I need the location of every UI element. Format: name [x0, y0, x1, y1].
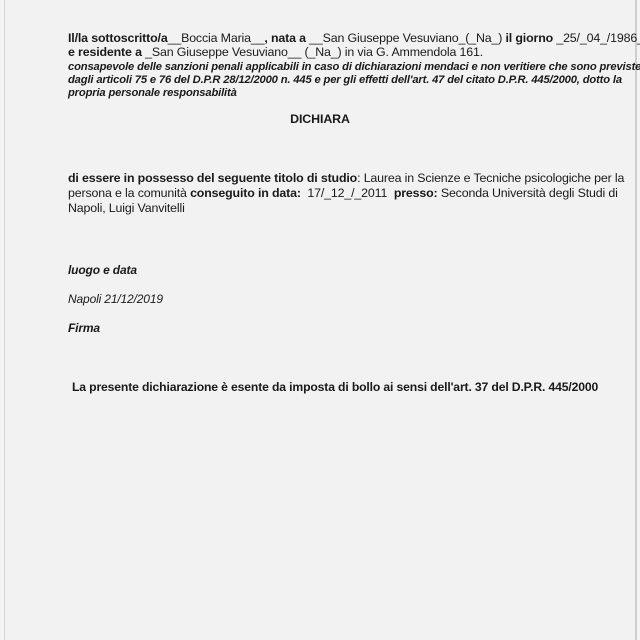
label-subject: Il/la sottoscritto/a	[68, 31, 168, 45]
label-resident: e residente a	[68, 45, 142, 59]
declaration-line-3: Napoli, Luigi Vanvitelli	[68, 200, 185, 216]
declaration-heading: DICHIARA	[0, 112, 640, 126]
institution: Seconda Università degli Studi di	[438, 186, 618, 200]
label-day: il giorno	[502, 31, 553, 45]
title-of-study-cont: persona e la comunità	[68, 186, 190, 200]
birthplace: __San Giuseppe Vesuviano_(_Na_)	[306, 31, 502, 45]
stamp-duty-note: La presente dichiarazione è esente da im…	[72, 379, 598, 395]
declaration-line-2: persona e la comunità conseguito in data…	[68, 185, 618, 201]
birthdate: _25/_04_/1986__	[553, 31, 640, 45]
label-at: presso:	[394, 186, 438, 200]
label-born: , nata a	[264, 31, 306, 45]
place-date-value: Napoli 21/12/2019	[68, 291, 163, 307]
intro-line-3: propria personale responsabilità	[68, 86, 237, 101]
signature-label: Firma	[68, 320, 100, 336]
declarant-name: __Boccia Maria__	[168, 31, 265, 45]
residence: _San Giuseppe Vesuviano__ (_Na_) in via …	[142, 45, 483, 59]
title-of-study: : Laurea in Scienze e Tecniche psicologi…	[357, 171, 624, 185]
label-title-of-study: di essere in possesso del seguente titol…	[68, 171, 357, 185]
label-obtained-date: conseguito in data:	[190, 186, 301, 200]
obtained-date: 17/_12_/_2011	[301, 186, 394, 200]
declaration-line-1: di essere in possesso del seguente titol…	[68, 170, 624, 186]
institution-cont: Napoli, Luigi Vanvitelli	[68, 201, 185, 215]
place-date-label: luogo e data	[68, 262, 137, 278]
declarant-line-2: e residente a _San Giuseppe Vesuviano__ …	[68, 44, 483, 60]
